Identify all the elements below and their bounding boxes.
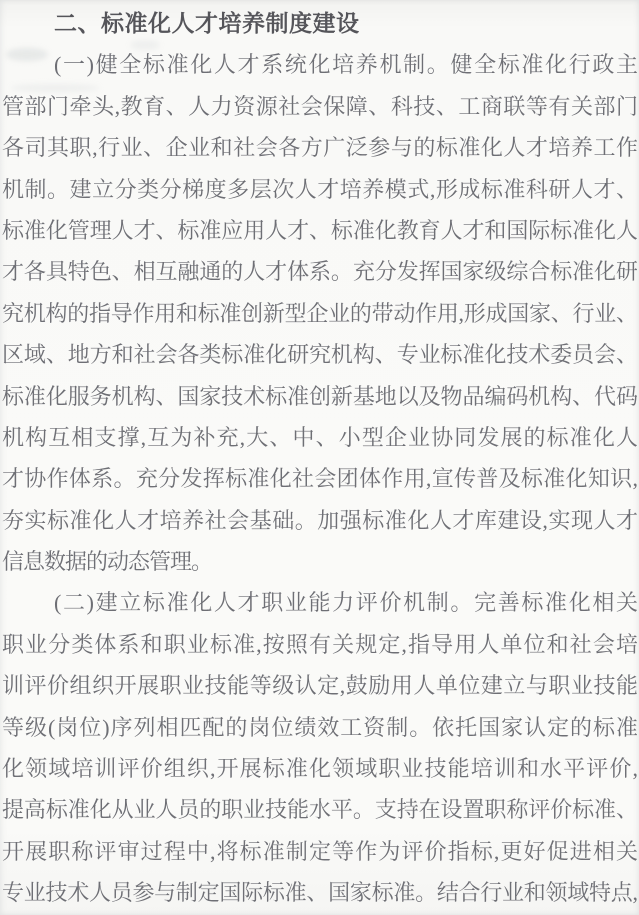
text-line: 夯实标准化人才培养社会基础。加强标准化人才库建设,实现人才 xyxy=(2,500,637,541)
text-line: 才协作体系。充分发挥标准化社会团体作用,宣传普及标准化知识, xyxy=(2,458,637,499)
text-line: 信息数据的动态管理。 xyxy=(2,541,637,582)
text-line: 区域、地方和社会各类标准化研究机构、专业标准化技术委员会、 xyxy=(2,334,637,375)
text-line: 标准化服务机构、国家技术标准创新基地以及物品编码机构、代码 xyxy=(2,376,637,417)
text-line: 才各具特色、相互融通的人才体系。充分发挥国家级综合标准化研 xyxy=(2,251,637,292)
text-line: (二)建立标准化人才职业能力评价机制。完善标准化相关 xyxy=(2,582,637,623)
text-line: 机构互相支撑,互为补充,大、中、小型企业协同发展的标准化人 xyxy=(2,417,637,458)
text-line: 专业技术人员参与制定国际标准、国家标准。结合行业和领域特点, xyxy=(2,872,637,913)
text-line: 究机构的指导作用和标准创新型企业的带动作用,形成国家、行业、 xyxy=(2,293,637,334)
document-body: (一)健全标准化人才系统化培养机制。健全标准化行政主管部门牵头,教育、人力资源社… xyxy=(2,44,637,913)
text-line: 等级(岗位)序列相匹配的岗位绩效工资制。依托国家认定的标准 xyxy=(2,707,637,748)
paragraph: (一)健全标准化人才系统化培养机制。健全标准化行政主管部门牵头,教育、人力资源社… xyxy=(2,44,637,582)
text-line: 各司其职,行业、企业和社会各方广泛参与的标准化人才培养工作 xyxy=(2,127,637,168)
text-line: 提高标准化从业人员的职业技能水平。支持在设置职称评价标准、 xyxy=(2,789,637,830)
document-heading: 二、标准化人才培养制度建设 xyxy=(2,3,637,44)
text-line: 机制。建立分类分梯度多层次人才培养模式,形成标准科研人才、 xyxy=(2,169,637,210)
text-line: (一)健全标准化人才系统化培养机制。健全标准化行政主 xyxy=(2,44,637,85)
text-line: 训评价组织开展职业技能等级认定,鼓励用人单位建立与职业技能 xyxy=(2,665,637,706)
text-line: 开展职称评审过程中,将标准制定等作为评价指标,更好促进相关 xyxy=(2,831,637,872)
paragraph: (二)建立标准化人才职业能力评价机制。完善标准化相关职业分类体系和职业标准,按照… xyxy=(2,582,637,913)
text-line: 管部门牵头,教育、人力资源社会保障、科技、工商联等有关部门 xyxy=(2,86,637,127)
text-line: 职业分类体系和职业标准,按照有关规定,指导用人单位和社会培 xyxy=(2,624,637,665)
text-line: 化领域培训评价组织,开展标准化领域职业技能培训和水平评价, xyxy=(2,748,637,789)
text-line: 标准化管理人才、标准应用人才、标准化教育人才和国际标准化人 xyxy=(2,210,637,251)
document-page: 二、标准化人才培养制度建设 (一)健全标准化人才系统化培养机制。健全标准化行政主… xyxy=(0,0,639,915)
